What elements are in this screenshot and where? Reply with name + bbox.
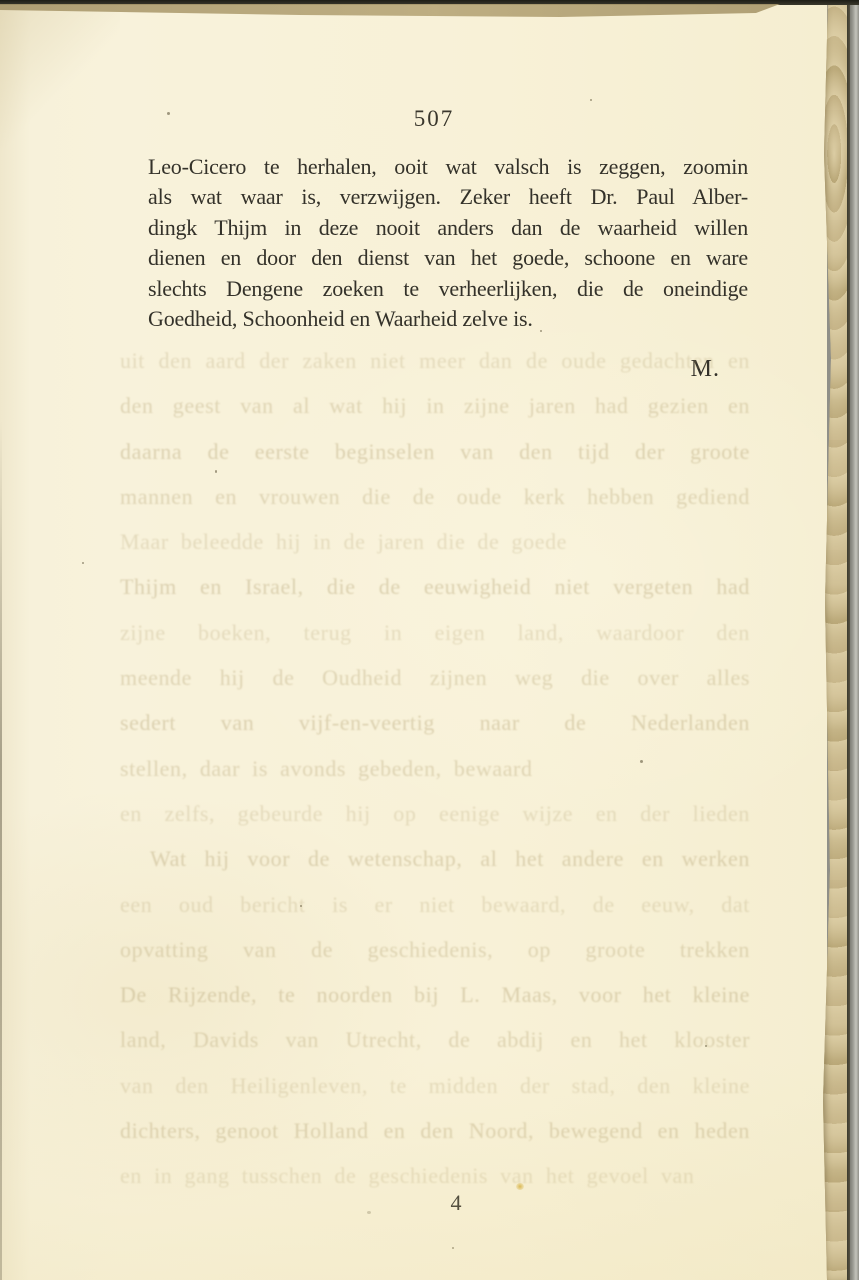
paragraph-line: dienen en door den dienst van het goede,… [148, 243, 748, 273]
ghost-line: zijne boeken, terug in eigen land, waard… [120, 610, 750, 655]
paper-speck [300, 905, 302, 907]
paper-speck [590, 99, 592, 101]
paper-speck [452, 1247, 454, 1249]
ghost-line: Thijm en Israel, die de eeuwigheid niet … [120, 564, 750, 609]
paper-speck [540, 330, 542, 332]
paragraph-line: Goedheid, Schoonheid en Waarheid zelve i… [148, 304, 748, 334]
paragraph-line: Leo-Cicero te herhalen, ooit wat valsch … [148, 152, 748, 182]
paper-speck [167, 112, 170, 115]
ghost-line: uit den aard der zaken niet meer dan de … [120, 338, 750, 383]
ghost-line: sedert van vijf-en-veertig naar de Neder… [120, 700, 750, 745]
book-page-paper: 507 Leo-Cicero te herhalen, ooit wat val… [0, 0, 827, 1280]
ghost-line: opvatting van de geschiedenis, op groote… [120, 927, 750, 972]
paper-speck [640, 760, 643, 763]
paragraph-line: dingk Thijm in deze nooit anders dan de … [148, 213, 748, 243]
ghost-line: meende hij de Oudheid zijnen weg die ove… [120, 655, 750, 700]
paper-speck [705, 1045, 707, 1047]
paper-speck [82, 562, 84, 564]
ghost-line: en in gang tusschen de geschiedenis van … [120, 1153, 700, 1198]
page-number-top: 507 [134, 106, 734, 132]
ghost-line: mannen en vrouwen die de oude kerk hebbe… [120, 474, 750, 519]
ghost-line: daarna de eerste beginselen van den tijd… [120, 429, 750, 474]
ghost-line: Wat hij voor de wetenschap, al het ander… [120, 836, 750, 881]
paper-stain [516, 1183, 524, 1190]
paragraph-line: slechts Dengene zoeken te verheerlijken,… [148, 274, 748, 304]
main-paragraph: Leo-Cicero te herhalen, ooit wat valsch … [148, 152, 748, 334]
ghost-line: een oud bericht is er niet bewaard, de e… [120, 882, 750, 927]
bleedthrough-text: uit den aard der zaken niet meer dan de … [120, 338, 750, 1199]
ghost-line: den geest van al wat hij in zijne jaren … [120, 383, 750, 428]
paragraph-line: als wat waar is, verzwijgen. Zeker heeft… [148, 182, 748, 212]
paper-speck [215, 470, 217, 473]
ghost-line: Maar beleedde hij in de jaren die de goe… [120, 519, 574, 564]
scanned-book-page: 507 Leo-Cicero te herhalen, ooit wat val… [0, 0, 859, 1280]
ghost-line: dichters, genoot Holland en den Noord, b… [120, 1108, 750, 1153]
ghost-line: en zelfs, gebeurde hij op eenige wijze e… [120, 791, 750, 836]
ghost-line: van den Heiligenleven, te midden der sta… [120, 1063, 750, 1108]
ghost-line: De Rijzende, te noorden bij L. Maas, voo… [120, 972, 750, 1017]
paper-speck [367, 1211, 371, 1214]
ghost-line: stellen, daar is avonds gebeden, bewaard [120, 746, 523, 791]
ghost-line: land, Davids van Utrecht, de abdij en he… [120, 1017, 750, 1062]
scanner-background-strip [850, 0, 859, 1280]
page-number-bottom: 4 [156, 1190, 756, 1216]
scan-border-left [0, 420, 2, 1280]
